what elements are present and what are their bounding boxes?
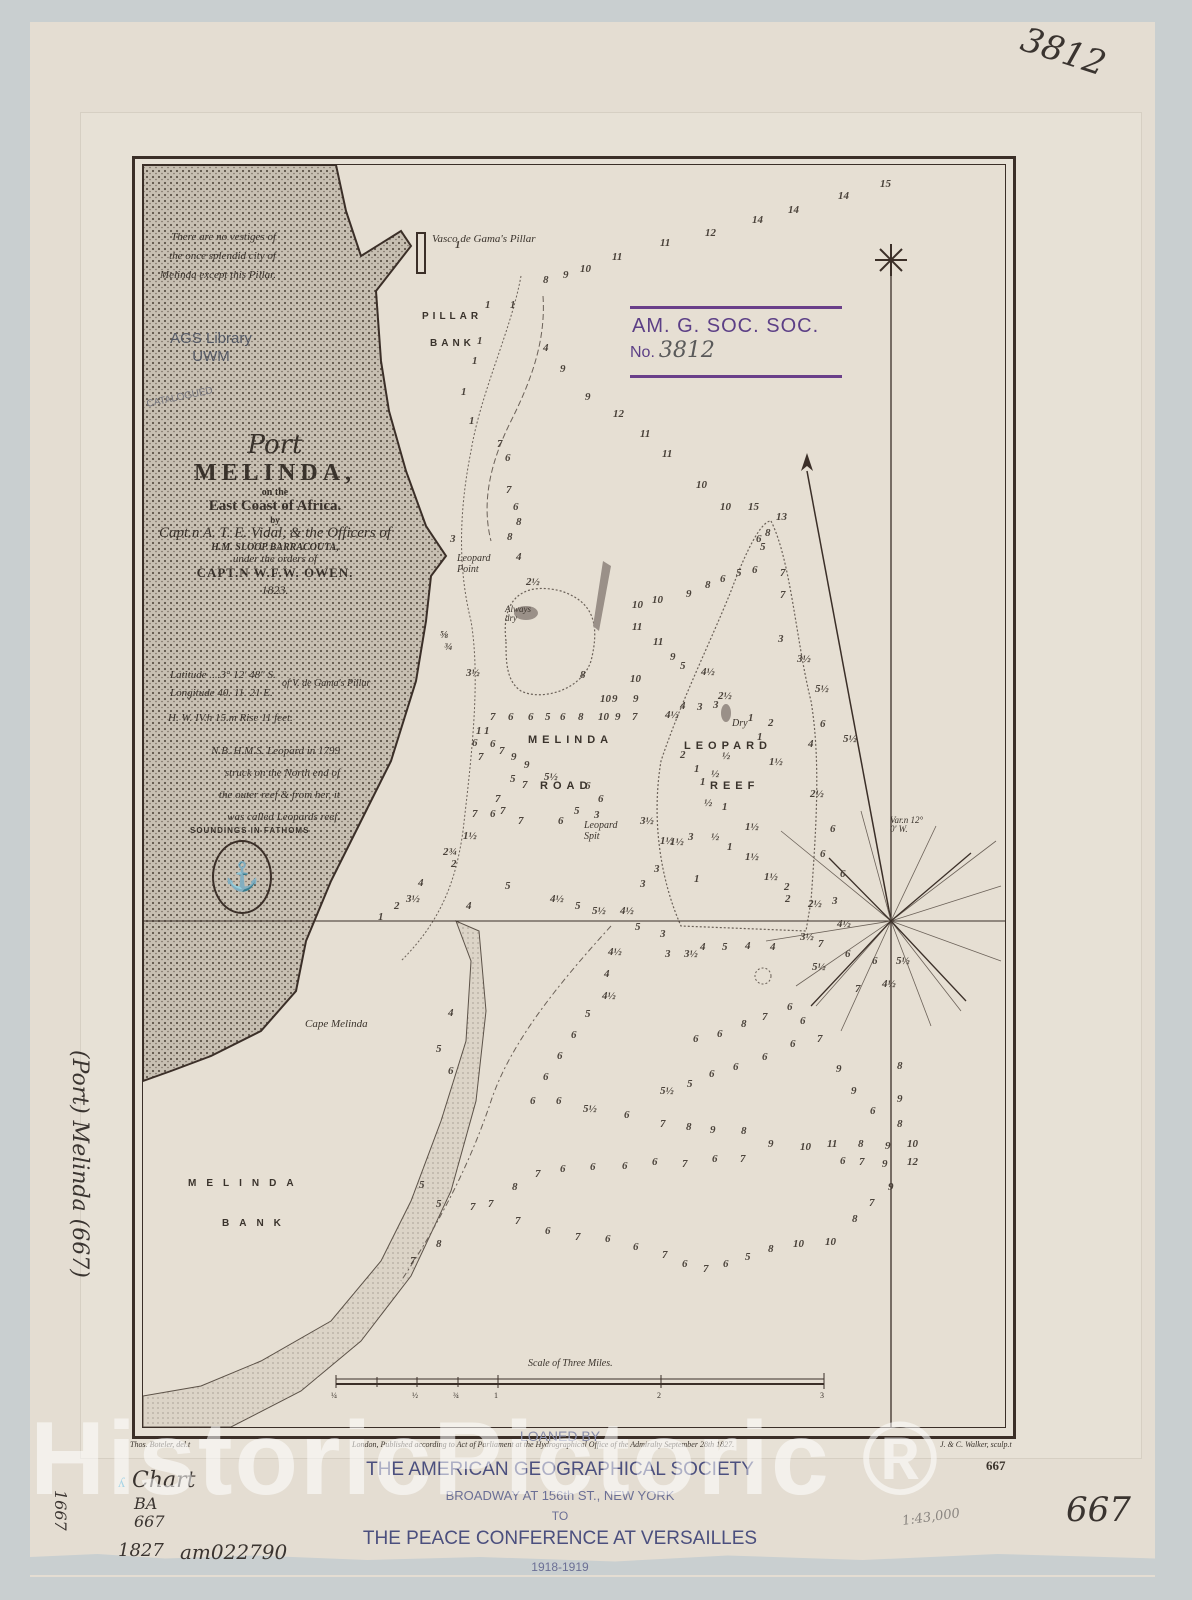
sounding-depth: 9 — [888, 1181, 894, 1193]
sounding-depth: 8 — [897, 1060, 903, 1072]
sounding-depth: 6 — [513, 501, 519, 513]
scale-tick-1: 1 — [494, 1391, 498, 1400]
sounding-depth: 7 — [740, 1153, 746, 1165]
sounding-depth: 10 — [800, 1141, 811, 1153]
sounding-depth: 8 — [578, 711, 584, 723]
high-water-note: H. W. IV.h 15.m Rise 11 feet. — [168, 712, 293, 724]
sounding-depth: 1 — [469, 415, 475, 427]
sounding-depth: 7 — [522, 779, 528, 791]
sounding-depth: 5 — [505, 880, 511, 892]
sounding-depth: 6 — [845, 948, 851, 960]
scale-tick-3: 3 — [820, 1391, 824, 1400]
sounding-depth: 14 — [788, 204, 799, 216]
sounding-depth: 7 — [488, 1198, 494, 1210]
sounding-depth: 9 — [633, 693, 639, 705]
sounding-depth: 8 — [858, 1138, 864, 1150]
sounding-depth: 7 — [762, 1011, 768, 1023]
sounding-depth: 4½ — [620, 905, 634, 917]
sounding-depth: 7 — [500, 805, 506, 817]
sounding-depth: 6 — [505, 452, 511, 464]
sounding-depth: 6 — [528, 711, 534, 723]
sounding-depth: 8 — [741, 1125, 747, 1137]
sounding-depth: 4½ — [882, 978, 896, 990]
sounding-depth: 15 — [748, 501, 759, 513]
nb-line-4: was called Leopards reef. — [180, 806, 340, 828]
sounding-depth: 7 — [859, 1156, 865, 1168]
sounding-depth: 8 — [580, 669, 586, 681]
sounding-depth: 5 — [736, 567, 742, 579]
scale-tick-half: ½ — [412, 1391, 418, 1400]
sounding-depth: ½ — [704, 797, 712, 809]
sounding-depth: 9 — [686, 588, 692, 600]
society-stamp: AM. G. SOC. SOC. No. 3812 — [630, 306, 842, 378]
anchor-icon: ⚓ — [225, 860, 260, 894]
sounding-depth: 7 — [662, 1249, 668, 1261]
sounding-depth: 6 — [870, 1105, 876, 1117]
sounding-depth: 5 — [745, 1251, 751, 1263]
scale-title: Scale of Three Miles. — [528, 1358, 613, 1369]
vasco-da-gama-pillar-label: Vasco de Gama's Pillar — [432, 233, 536, 245]
sounding-depth: 2¾ — [443, 846, 457, 858]
sounding-depth: 8 — [852, 1213, 858, 1225]
sounding-depth: 6 — [558, 815, 564, 827]
society-no-label: No. — [630, 344, 655, 361]
sounding-depth: 3 — [778, 633, 784, 645]
sounding-depth: 11 — [827, 1138, 837, 1150]
scale-tick-quarter: ¼ — [331, 1391, 337, 1400]
ags-library-stamp: AGS Library UWM — [166, 330, 256, 366]
sounding-depth: 6 — [790, 1038, 796, 1050]
sounding-depth: 6 — [543, 1071, 549, 1083]
sounding-depth: 1 — [484, 725, 490, 737]
sounding-depth: 4½ — [550, 893, 564, 905]
sounding-depth: 5½ — [843, 733, 857, 745]
sounding-depth: 7 — [660, 1118, 666, 1130]
sounding-depth: 4 — [448, 1007, 454, 1019]
leopard-reef-label-2: REEF — [710, 780, 759, 792]
vestiges-line-3: Melinda except this Pillar. — [148, 266, 276, 285]
sounding-depth: 6 — [557, 1050, 563, 1062]
sounding-depth: 3½ — [800, 931, 814, 943]
title-east-coast: East Coast of Africa. — [150, 498, 400, 515]
sounding-depth: 7 — [780, 567, 786, 579]
sounding-depth: 1½ — [745, 851, 759, 863]
sounding-depth: 7 — [780, 589, 786, 601]
sounding-depth: 6 — [682, 1258, 688, 1270]
sounding-depth: 6 — [723, 1258, 729, 1270]
soundings-in-fathoms: SOUNDINGS IN FATHOMS — [190, 826, 309, 835]
sounding-depth: 4 — [745, 940, 751, 952]
sounding-depth: 3½ — [406, 893, 420, 905]
sounding-depth: 5 — [687, 1078, 693, 1090]
title-on-the: on the — [150, 487, 400, 498]
handwritten-year: 1827 — [118, 1540, 164, 1561]
sounding-depth: 4½ — [665, 709, 679, 721]
sounding-depth: 6 — [571, 1029, 577, 1041]
sounding-depth: 6 — [560, 711, 566, 723]
sounding-depth: 6 — [556, 1095, 562, 1107]
sounding-depth: 9 — [885, 1140, 891, 1152]
sounding-depth: 7 — [855, 983, 861, 995]
sounding-depth: 2 — [451, 858, 457, 870]
sounding-depth: 1 — [694, 873, 700, 885]
sounding-depth: 5½ — [583, 1103, 597, 1115]
sounding-depth: 2½ — [810, 788, 824, 800]
sounding-depth: 3 — [688, 831, 694, 843]
sounding-depth: 7 — [818, 938, 824, 950]
nb-line-1: N.B. H.M.S. Leopard in 1799 — [180, 740, 340, 762]
sounding-depth: 8 — [516, 516, 522, 528]
sounding-depth: 7 — [478, 751, 484, 763]
sounding-depth: 10 — [907, 1138, 918, 1150]
sounding-depth: 6 — [622, 1160, 628, 1172]
sounding-depth: 7 — [472, 808, 478, 820]
sounding-depth: 11 — [640, 428, 650, 440]
sounding-depth: 3½ — [797, 653, 811, 665]
scale-tick-three-quarter: ¾ — [453, 1391, 459, 1400]
sounding-depth: 3½ — [466, 667, 480, 679]
ags-library-line-2: UWM — [166, 348, 256, 366]
sounding-depth: 2½ — [718, 690, 732, 702]
society-stamp-line: AM. G. SOC. SOC. — [630, 315, 842, 338]
sounding-depth: 3 — [697, 701, 703, 713]
sounding-depth: 6 — [752, 564, 758, 576]
sounding-depth: 5 — [574, 805, 580, 817]
sounding-depth: 6 — [840, 1155, 846, 1167]
sounding-depth: 6 — [709, 1068, 715, 1080]
sounding-depth: 6 — [720, 573, 726, 585]
sounding-depth: 8 — [436, 1238, 442, 1250]
sounding-depth: 7 — [869, 1197, 875, 1209]
leopard-nb-note: N.B. H.M.S. Leopard in 1799 struck on th… — [180, 740, 340, 828]
sounding-depth: 7 — [518, 815, 524, 827]
sounding-depth: 1 — [378, 911, 384, 923]
sounding-depth: 11 — [662, 448, 672, 460]
sounding-depth: 4 — [680, 700, 686, 712]
always-dry-label: Always dry — [505, 605, 535, 623]
hydrographic-office-seal: ⚓ — [212, 840, 272, 914]
sounding-depth: 6 — [652, 1156, 658, 1168]
sounding-depth: 9 — [851, 1085, 857, 1097]
melinda-road-label-2: ROAD — [540, 780, 592, 792]
sounding-depth: 1 — [461, 386, 467, 398]
longitude: Longitude 40. 11. 21 E. — [170, 684, 276, 702]
sounding-depth: 7 — [535, 1168, 541, 1180]
melinda-bank-label-1: MELINDA — [188, 1178, 304, 1189]
leopard-point-label: Leopard Point — [457, 553, 502, 575]
sounding-depth: 9 — [511, 751, 517, 763]
sounding-depth: 14 — [752, 214, 763, 226]
vestiges-note: There are no vestiges of the once splend… — [148, 228, 276, 285]
sounding-depth: 5 — [680, 660, 686, 672]
sounding-depth: 6 — [733, 1061, 739, 1073]
sounding-depth: 6 — [448, 1065, 454, 1077]
nb-line-3: the outer reef & from her, it — [180, 784, 340, 806]
dry-label: Dry — [732, 718, 748, 729]
sounding-depth: 9 — [615, 711, 621, 723]
sounding-depth: 7 — [682, 1158, 688, 1170]
scale-tick-2: 2 — [657, 1391, 661, 1400]
sounding-depth: 4 — [808, 738, 814, 750]
sounding-depth: ½ — [711, 768, 719, 780]
sounding-depth: 10 — [580, 263, 591, 275]
title-owen: CAPT.N W.F.W. OWEN. — [150, 565, 400, 581]
sounding-depth: 5 — [510, 773, 516, 785]
title-port: Port — [150, 430, 400, 460]
sounding-depth: 3 — [832, 895, 838, 907]
sounding-depth: 7 — [470, 1201, 476, 1213]
sounding-depth: 1 — [510, 299, 516, 311]
sounding-depth: 3 — [654, 863, 660, 875]
sounding-depth: 6 — [820, 718, 826, 730]
sounding-depth: 2½ — [808, 898, 822, 910]
sounding-depth: 7 — [703, 1263, 709, 1275]
sounding-depth: 3 — [665, 948, 671, 960]
sounding-depth: 8 — [686, 1121, 692, 1133]
sounding-depth: 8 — [507, 531, 513, 543]
sounding-depth: 1½ — [764, 871, 778, 883]
sounding-depth: 10 — [793, 1238, 804, 1250]
sounding-depth: 6 — [472, 737, 478, 749]
title-barracouta: H.M. SLOOP BARRACOUTA, — [150, 542, 400, 553]
sounding-depth: 10 — [632, 599, 643, 611]
sounding-depth: 8 — [768, 1243, 774, 1255]
sounding-depth: 6 — [590, 1161, 596, 1173]
title-year: 1823. — [150, 583, 400, 598]
sounding-depth: 8 — [543, 274, 549, 286]
sounding-depth: 1 — [477, 335, 483, 347]
sounding-depth: 8 — [765, 527, 771, 539]
sounding-depth: 8 — [705, 579, 711, 591]
sounding-depth: 6 — [633, 1241, 639, 1253]
sounding-depth: 9 — [710, 1124, 716, 1136]
sounding-depth: 3½ — [640, 815, 654, 827]
sounding-depth: 1½ — [745, 821, 759, 833]
sounding-depth: 1½ — [463, 830, 477, 842]
leopard-spit-label: Leopard Spit — [584, 820, 624, 842]
sounding-depth: 2 — [785, 893, 791, 905]
sounding-depth: 5½ — [896, 955, 910, 967]
sounding-depth: 7 — [410, 1255, 416, 1267]
sounding-depth: 6 — [598, 793, 604, 805]
sounding-depth: 10 — [696, 479, 707, 491]
sounding-depth: ½ — [711, 831, 719, 843]
sounding-depth: 3 — [660, 928, 666, 940]
sounding-depth: 1 — [700, 776, 706, 788]
leopard-reef-label-1: LEOPARD — [684, 740, 772, 752]
sounding-depth: 7 — [490, 711, 496, 723]
title-vidal: Capt.n A. T. E. Vidal, & the Officers of — [150, 525, 400, 542]
pillar-bank-label-2: BANK — [430, 338, 475, 349]
sounding-depth: 7 — [495, 793, 501, 805]
sounding-depth: 6 — [712, 1153, 718, 1165]
sounding-depth: 14 — [838, 190, 849, 202]
sounding-depth: 9 — [768, 1138, 774, 1150]
position-reference: of V. de Gama's Pillar — [282, 678, 370, 689]
sounding-depth: 9 — [882, 1158, 888, 1170]
sounding-depth: 4½ — [602, 990, 616, 1002]
sounding-depth: 3 — [450, 533, 456, 545]
sounding-depth: 10 — [598, 711, 609, 723]
sounding-depth: 1 — [694, 763, 700, 775]
sounding-depth: 9 — [612, 693, 618, 705]
sounding-depth: 4½ — [608, 946, 622, 958]
sounding-depth: 6 — [762, 1051, 768, 1063]
sounding-depth: 15 — [880, 178, 891, 190]
watermark: HistoricPictoric ® — [30, 1400, 1190, 1519]
melinda-road-label-1: MELINDA — [528, 734, 613, 746]
sounding-depth: 6 — [560, 1163, 566, 1175]
sounding-depth: 5½ — [812, 961, 826, 973]
sounding-depth: 5 — [436, 1043, 442, 1055]
sounding-depth: 7 — [515, 1215, 521, 1227]
pillar-bank-label-1: PILLAR — [422, 311, 482, 322]
vestiges-line-1: There are no vestiges of — [148, 228, 276, 247]
sounding-depth: 8 — [741, 1018, 747, 1030]
sounding-depth: 1 — [485, 299, 491, 311]
sounding-depth: 6 — [820, 848, 826, 860]
sounding-depth: 3½ — [684, 948, 698, 960]
society-stamp-number: No. 3812 — [630, 338, 842, 363]
sounding-depth: 9 — [563, 269, 569, 281]
nb-line-2: struck on the North end of — [180, 762, 340, 784]
sounding-depth: 6 — [490, 808, 496, 820]
sounding-depth: 1½ — [670, 836, 684, 848]
sounding-depth: 6 — [787, 1001, 793, 1013]
sounding-depth: 5 — [545, 711, 551, 723]
sounding-depth: 11 — [653, 636, 663, 648]
coordinates-note: Latitude ....3° 12' 48" S. Longitude 40.… — [170, 666, 276, 702]
cape-melinda-label: Cape Melinda — [305, 1018, 368, 1030]
sounding-depth: 1 — [476, 725, 482, 737]
sounding-depth: 6 — [624, 1109, 630, 1121]
sounding-depth: 4 — [516, 551, 522, 563]
title-melinda: MELINDA, — [150, 460, 400, 487]
sounding-depth: 7 — [817, 1033, 823, 1045]
sounding-depth: 2 — [394, 900, 400, 912]
sounding-depth: 9 — [585, 391, 591, 403]
sounding-depth: 6 — [545, 1225, 551, 1237]
sounding-depth: 10 — [600, 693, 611, 705]
sounding-depth: 5 — [585, 1008, 591, 1020]
sounding-depth: 6 — [490, 738, 496, 750]
sounding-depth: 1 — [472, 355, 478, 367]
sounding-depth: 6 — [830, 823, 836, 835]
sounding-depth: 10 — [825, 1236, 836, 1248]
sounding-depth: 7 — [499, 745, 505, 757]
sounding-depth: 5 — [419, 1179, 425, 1191]
sounding-depth: 6 — [530, 1095, 536, 1107]
sounding-depth: 6 — [693, 1033, 699, 1045]
sounding-depth: 9 — [524, 759, 530, 771]
handwritten-title-vertical: (Port) Melinda (667) — [67, 1050, 92, 1278]
sounding-depth: 3 — [640, 878, 646, 890]
sounding-depth: 11 — [660, 237, 670, 249]
sounding-depth: 8 — [897, 1118, 903, 1130]
sounding-depth: 2½ — [526, 576, 540, 588]
sounding-depth: 10 — [720, 501, 731, 513]
latitude: Latitude ....3° 12' 48" S. — [170, 666, 276, 684]
sounding-depth: 4 — [543, 342, 549, 354]
sounding-depth: 5 — [760, 541, 766, 553]
title-by: by — [150, 515, 400, 525]
sounding-depth: 9 — [560, 363, 566, 375]
sounding-depth: ⅝ — [440, 629, 448, 641]
sounding-depth: 4½ — [837, 918, 851, 930]
loan-stamp-line-6: 1918-1919 — [340, 1560, 780, 1574]
sounding-depth: 4 — [466, 900, 472, 912]
sounding-depth: 1½ — [769, 756, 783, 768]
sounding-depth: 5 — [635, 921, 641, 933]
title-cartouche: Port MELINDA, on the East Coast of Afric… — [150, 430, 400, 598]
sounding-depth: 4 — [770, 941, 776, 953]
sounding-depth: 12 — [705, 227, 716, 239]
loan-stamp-line-5: THE PEACE CONFERENCE AT VERSAILLES — [340, 1528, 780, 1550]
sounding-depth: 4½ — [701, 666, 715, 678]
sounding-depth: 10 — [630, 673, 641, 685]
sounding-depth: 9 — [670, 651, 676, 663]
sounding-depth: 4 — [700, 941, 706, 953]
sounding-depth: 5½ — [660, 1085, 674, 1097]
sounding-depth: 6 — [800, 1015, 806, 1027]
sounding-depth: 7 — [575, 1231, 581, 1243]
sounding-depth: 13 — [776, 511, 787, 523]
sounding-depth: 2 — [768, 717, 774, 729]
sounding-depth: 5 — [575, 900, 581, 912]
sounding-depth: 1 — [748, 712, 754, 724]
variation-label: Var.n 12° 0' W. — [890, 816, 930, 834]
sounding-depth: 7 — [497, 438, 503, 450]
sounding-depth: 5½ — [592, 905, 606, 917]
sounding-depth: 6 — [840, 868, 846, 880]
sounding-depth: 10 — [652, 594, 663, 606]
sounding-depth: 4 — [418, 877, 424, 889]
sounding-depth: ¾ — [444, 641, 452, 653]
handwritten-accession: am022790 — [180, 1540, 287, 1564]
society-no-value: 3812 — [659, 338, 715, 363]
sounding-depth: 5 — [436, 1198, 442, 1210]
sounding-depth: 6 — [872, 955, 878, 967]
sounding-depth: 4 — [604, 968, 610, 980]
sounding-depth: 11 — [612, 251, 622, 263]
sounding-depth: 12 — [907, 1156, 918, 1168]
sounding-depth: 2 — [784, 881, 790, 893]
sounding-depth: 5 — [722, 941, 728, 953]
title-orders: under the orders of — [150, 553, 400, 565]
sounding-depth: 6 — [717, 1028, 723, 1040]
sounding-depth: 6 — [605, 1233, 611, 1245]
vestiges-line-2: the once splendid city of — [148, 247, 276, 266]
sounding-depth: 9 — [897, 1093, 903, 1105]
melinda-bank-label-2: BANK — [222, 1218, 291, 1229]
sounding-depth: 1 — [727, 841, 733, 853]
sounding-depth: 1 — [722, 801, 728, 813]
sounding-depth: 7 — [506, 484, 512, 496]
ags-library-line-1: AGS Library — [166, 330, 256, 348]
sounding-depth: 9 — [836, 1063, 842, 1075]
sounding-depth: 6 — [508, 711, 514, 723]
sounding-depth: 8 — [512, 1181, 518, 1193]
sounding-depth: 5½ — [815, 683, 829, 695]
sounding-depth: 7 — [632, 711, 638, 723]
sounding-depth: 11 — [632, 621, 642, 633]
sounding-depth: 12 — [613, 408, 624, 420]
